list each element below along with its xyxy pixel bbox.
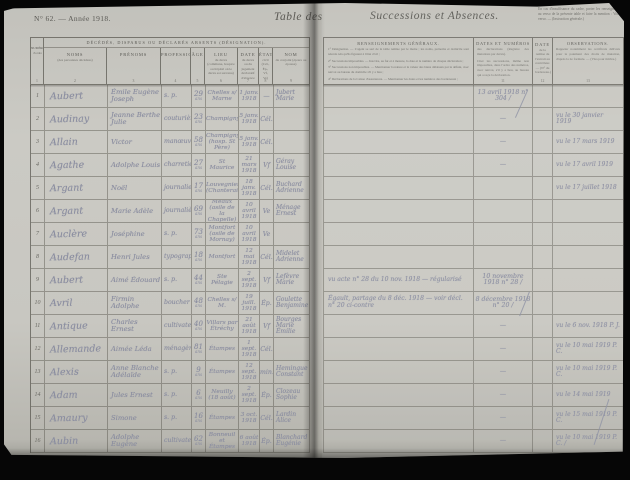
cell-etat: Ép.: [260, 292, 274, 315]
cell-date: 19 juill. 1918: [239, 292, 260, 315]
cell-obs: vu le 17 avril 1919: [553, 154, 624, 177]
cell-decl: [474, 223, 533, 246]
column-index: 12: [533, 79, 552, 83]
handwritten-nom: Argant: [45, 205, 83, 217]
handwritten-profession: ménagère: [162, 346, 192, 352]
handwritten-date: 18 janv. 1918: [239, 179, 259, 198]
cell-etat: —: [260, 85, 274, 108]
row-number: 12: [31, 346, 44, 352]
handwritten-lieu: Meaux (asile de la Chapelle): [206, 200, 238, 223]
handwritten-conjoint: Géray Louise: [274, 159, 309, 172]
left-table: NUMÉRO d'ordre 1 DÉCÉDÉS, DISPARUS OU DÉ…: [30, 37, 310, 453]
cell-prenoms: Charles Ernest: [108, 315, 162, 338]
cell-obs: vu le 10 mai 1919 P. C.: [553, 361, 624, 384]
cell-num: 15: [31, 407, 45, 430]
cell-num: 5: [31, 177, 45, 200]
cell-decl: —: [474, 338, 533, 361]
cell-date2: [533, 269, 553, 292]
handwritten-date: 3 oct. 1918: [239, 412, 259, 424]
cell-profession: typographe: [162, 246, 192, 269]
cell-etat: Ve: [260, 200, 274, 223]
cell-date: 1 janv. 1918: [239, 85, 260, 108]
column-index: 7: [238, 79, 258, 83]
cell-profession: charretier: [162, 154, 192, 177]
column-note: civil (Cél., Ép., Vf, Ve): [259, 57, 272, 81]
group-header-wrap: DÉCÉDÉS, DISPARUS OU DÉCLARÉS ABSENTS (D…: [44, 38, 310, 85]
cell-decl: —: [474, 315, 533, 338]
row-number: 14: [31, 392, 44, 398]
cell-rens: [324, 407, 474, 430]
cell-nom: Antique: [45, 315, 108, 338]
cell-date: 1 sept. 1918: [239, 338, 260, 361]
handwritten-decl: —: [474, 323, 532, 330]
handwritten-date: 6 août 1918: [239, 435, 259, 447]
cell-conjoint: [274, 338, 310, 361]
right-table: RENSEIGNEMENTS GÉNÉRAUX. 1° Désignation.…: [323, 37, 624, 453]
handwritten-conjoint: Jubert Marie: [274, 90, 309, 103]
cell-nom: Alexis: [45, 361, 108, 384]
age-unit: ans: [195, 373, 202, 377]
cell-profession: s. p.: [162, 361, 192, 384]
cell-lieu: Chelles s/ M.: [206, 292, 239, 315]
cell-rens: Égault, partage du 8 déc. 1918 — voir dé…: [324, 292, 474, 315]
column-header-renseignements: RENSEIGNEMENTS GÉNÉRAUX. 1° Désignation.…: [324, 38, 474, 85]
handwritten-nom: Allain: [45, 136, 78, 148]
handwritten-lieu: Étampes: [206, 415, 238, 421]
column-note: des déclarations (Registre des mutations…: [474, 46, 532, 58]
cell-profession: manœuvre: [162, 131, 192, 154]
cell-prenoms: Adolphe Eugène: [108, 430, 162, 453]
cell-date: 12 mai 1918: [239, 246, 260, 269]
cell-num: 10: [31, 292, 45, 315]
row-number: 15: [31, 415, 44, 421]
cell-etat: Ép.: [260, 430, 274, 453]
cell-rens: [324, 223, 474, 246]
cell-decl: —: [474, 361, 533, 384]
cell-conjoint: Clozeau Sophie: [274, 384, 310, 407]
handwritten-nom: Audefan: [45, 251, 90, 263]
handwritten-decl: —: [474, 392, 532, 399]
cell-nom: Audinay: [45, 108, 108, 131]
cell-rens: [324, 384, 474, 407]
cell-conjoint: Goulette Benjamine: [274, 292, 310, 315]
age-unit: ans: [195, 281, 202, 285]
handwritten-date: 1 sept. 1918: [239, 340, 259, 359]
cell-age: 73ans: [192, 223, 206, 246]
cell-age: 18ans: [192, 246, 206, 269]
cell-prenoms: Henri Jules: [108, 246, 162, 269]
handwritten-rens: Égault, partage du 8 déc. 1918 — voir dé…: [324, 296, 473, 309]
handwritten-etat: Ve: [260, 208, 273, 215]
handwritten-nom: Argant: [45, 182, 83, 194]
row-number: 6: [31, 208, 44, 214]
column-label: ÂGE: [191, 52, 204, 57]
cell-num: 13: [31, 361, 45, 384]
column-header-date-remise: DATE de la remise de l'extrait au contrô…: [533, 38, 553, 85]
handwritten-rens: vu acte n° 28 du 10 nov. 1918 — régulari…: [324, 277, 466, 284]
handwritten-etat: Ép.: [260, 300, 273, 307]
handwritten-profession: s. p.: [162, 231, 177, 237]
cell-lieu: Étampes: [206, 338, 239, 361]
column-header-observations: OBSERVATIONS. Rappeler notamment les cer…: [553, 38, 624, 85]
handwritten-conjoint: Buchard Adrienne: [274, 182, 309, 195]
cell-age: 48ans: [192, 292, 206, 315]
age-unit: ans: [195, 120, 202, 124]
handwritten-nom: Aubin: [45, 435, 78, 447]
age-unit: ans: [195, 143, 202, 147]
age-unit: ans: [195, 97, 202, 101]
cell-date: 18 janv. 1918: [239, 177, 260, 200]
age-unit: ans: [195, 304, 202, 308]
cell-obs: [553, 269, 624, 292]
column-index: 2: [44, 79, 106, 83]
cell-decl: —: [474, 108, 533, 131]
handwritten-etat: Cél.: [260, 139, 273, 146]
handwritten-profession: journalier: [162, 185, 192, 191]
handwritten-date: 21 mars 1918: [239, 156, 259, 175]
scanned-register-photo: { "colors":{"paper":"#c9c8c2","printed_i…: [0, 0, 630, 480]
cell-nom: Argant: [45, 177, 108, 200]
page-title-right: Successions et Absences.: [370, 10, 499, 22]
cell-nom: Allemande: [45, 338, 108, 361]
cell-profession: s. p.: [162, 407, 192, 430]
cell-age: 9ans: [192, 361, 206, 384]
cell-prenoms: Victor: [108, 131, 162, 154]
cell-num: 8: [31, 246, 45, 269]
cell-date2: [533, 108, 553, 131]
handwritten-lieu: Champigny: [206, 116, 238, 122]
handwritten-etat: Cél.: [260, 254, 273, 261]
column-index: 5: [191, 79, 204, 83]
handwritten-date: 10 avril 1918: [239, 202, 259, 221]
cell-num: 12: [31, 338, 45, 361]
row-number: 7: [31, 231, 44, 237]
handwritten-etat: Ép.: [260, 392, 273, 399]
handwritten-lieu: Chelles s/ Marne: [206, 90, 238, 102]
handwritten-conjoint: Blanchard Eugénie: [274, 435, 309, 448]
cell-conjoint: Jubert Marie: [274, 85, 310, 108]
cell-lieu: Bonneuil et Étampes: [206, 430, 239, 453]
cell-decl: —: [474, 430, 533, 453]
handwritten-date: 21 août 1918: [239, 317, 259, 336]
cell-obs: vu le 15 mai 1919 P. C.: [553, 407, 624, 430]
left-table-header: NUMÉRO d'ordre 1 DÉCÉDÉS, DISPARUS OU DÉ…: [30, 37, 310, 85]
cell-date2: [533, 85, 553, 108]
handwritten-decl: —: [474, 369, 532, 376]
column-index: 3: [107, 79, 160, 83]
cell-prenoms: Simone: [108, 407, 162, 430]
cell-date2: [533, 223, 553, 246]
age-unit: ans: [195, 166, 202, 170]
row-number: 5: [31, 185, 44, 191]
column-note: du conjoint (époux ou épouse): [273, 57, 309, 68]
cell-etat: Cél.: [260, 338, 274, 361]
cell-conjoint: [274, 223, 310, 246]
column-label: PRÉNOMS: [107, 52, 160, 57]
cell-date2: [533, 315, 553, 338]
column-note: d'ordre: [31, 50, 43, 56]
cell-prenoms: Aimé Édouard: [108, 269, 162, 292]
cell-obs: vu le 17 juillet 1918: [553, 177, 624, 200]
handwritten-prenoms: Firmin Adolphe: [108, 296, 161, 310]
row-number: 8: [31, 254, 44, 260]
handwritten-lieu: St Maurice: [206, 159, 238, 171]
cell-nom: Adam: [45, 384, 108, 407]
handwritten-obs: vu le 14 mai 1919: [553, 392, 613, 398]
cell-lieu: Montfort: [206, 246, 239, 269]
handwritten-lieu: Villars par Étréchy: [206, 320, 238, 332]
cell-prenoms: Noël: [108, 177, 162, 200]
handwritten-decl: —: [474, 346, 532, 353]
column-note: (des personnes décédées): [44, 57, 106, 63]
cell-rens: [324, 131, 474, 154]
cell-age: 62ans: [192, 430, 206, 453]
cell-lieu: Villars par Étréchy: [206, 315, 239, 338]
handwritten-lieu: Louvegnies (Chanteraine): [206, 182, 238, 194]
column-header-declarations: DATES ET NUMÉROS des déclarations (Regis…: [474, 38, 533, 85]
cell-rens: [324, 200, 474, 223]
age-unit: ans: [195, 419, 202, 423]
handwritten-etat: Ép.: [260, 438, 273, 445]
handwritten-conjoint: Ménage Ernest: [274, 205, 309, 218]
cell-lieu: Champigny (hosp. St Père): [206, 131, 239, 154]
handwritten-obs: vu le 10 mai 1919 P. C. /: [553, 435, 623, 448]
handwritten-lieu: Ste Pélagie: [206, 274, 238, 286]
handwritten-profession: boucher: [162, 300, 190, 306]
cell-lieu: Louvegnies (Chanteraine): [206, 177, 239, 200]
cell-prenoms: Jeanne Berthe Julie: [108, 108, 162, 131]
handwritten-lieu: Neuilly (18 août): [206, 389, 238, 401]
cell-profession: s. p.: [162, 269, 192, 292]
cell-nom: Agathe: [45, 154, 108, 177]
cell-prenoms: Aimée Léda: [108, 338, 162, 361]
handwritten-decl: —: [474, 162, 532, 169]
cell-age: 40ans: [192, 315, 206, 338]
cell-age: 23ans: [192, 108, 206, 131]
cell-profession: ménagère: [162, 338, 192, 361]
cell-profession: s. p.: [162, 223, 192, 246]
column-header-numero: NUMÉRO d'ordre 1: [31, 38, 44, 85]
column-index: 4: [161, 79, 190, 83]
handwritten-prenoms: Henri Jules: [108, 254, 150, 261]
handwritten-conjoint: Midelet Adrienne: [274, 251, 309, 264]
cell-date: 3 oct. 1918: [239, 407, 260, 430]
handwritten-etat: Vf: [260, 323, 273, 330]
column-paragraph: Rappeler notamment les certificats déliv…: [553, 46, 623, 62]
column-index: 8: [259, 79, 272, 83]
handwritten-profession: s. p.: [162, 277, 177, 283]
cell-etat: Cél.: [260, 407, 274, 430]
handwritten-date: 10 avril 1918: [239, 225, 259, 244]
cell-etat: Vf: [260, 269, 274, 292]
handwritten-prenoms: Marie Adèle: [108, 208, 153, 215]
handwritten-decl: 10 novembre 1918 n° 28 /: [474, 274, 532, 287]
cell-decl: 13 avril 1918 n° 304 /: [474, 85, 533, 108]
handwritten-nom: Audinay: [45, 113, 89, 125]
handwritten-nom: Aubert: [45, 90, 83, 102]
cell-nom: Allain: [45, 131, 108, 154]
handwritten-conjoint: Hemingue Constant: [274, 366, 309, 379]
age-unit: ans: [195, 235, 202, 239]
handwritten-nom: Alexis: [45, 366, 79, 378]
handwritten-obs: vu le 17 avril 1919: [553, 162, 616, 168]
corner-instruction-note: En cas d'insuffisance du cadre, porter l…: [538, 7, 624, 22]
group-columns: NOMS (des personnes décédées) 2 PRÉNOMS …: [44, 48, 309, 84]
cell-rens: [324, 85, 474, 108]
handwritten-prenoms: Aimé Édouard: [108, 277, 160, 284]
handwritten-etat: —: [260, 93, 273, 100]
cell-rens: [324, 177, 474, 200]
column-index: 6: [205, 79, 237, 83]
handwritten-conjoint: Goulette Benjamine: [274, 297, 309, 310]
cell-rens: [324, 108, 474, 131]
cell-obs: [553, 200, 624, 223]
handwritten-nom: Auclère: [45, 228, 87, 240]
handwritten-date: 5 janv. 1918: [239, 136, 259, 148]
cell-conjoint: [274, 108, 310, 131]
document-number: N° 62. — Année 1918.: [34, 14, 111, 23]
handwritten-profession: cultivateur: [162, 323, 192, 329]
cell-date2: [533, 246, 553, 269]
cell-decl: —: [474, 131, 533, 154]
cell-obs: vu le 30 janvier 1919: [553, 108, 624, 131]
handwritten-profession: s. p.: [162, 392, 177, 398]
column-header-noms: NOMS (des personnes décédées) 2: [44, 48, 107, 84]
cell-lieu: Montfort (asile de Mornay): [206, 223, 239, 246]
cell-decl: —: [474, 154, 533, 177]
column-index: 9: [273, 79, 309, 83]
row-number: 13: [31, 369, 44, 375]
handwritten-conjoint: Bourges Marie Émilie: [274, 317, 309, 336]
cell-date2: [533, 154, 553, 177]
handwritten-obs: vu le 6 nov. 1918 P. J.: [553, 323, 623, 329]
cell-conjoint: Lardin Alice: [274, 407, 310, 430]
cell-etat: Vf: [260, 154, 274, 177]
instruction-line: 3° Successions non imposables. — Mention…: [324, 64, 473, 76]
cell-nom: Amaury: [45, 407, 108, 430]
cell-profession: couturière: [162, 108, 192, 131]
row-number: 16: [31, 438, 44, 444]
cell-obs: vu le 10 mai 1919 P. C.: [553, 338, 624, 361]
handwritten-date: 2 sept. 1918: [239, 386, 259, 405]
cell-age: 58ans: [192, 131, 206, 154]
cell-date: 2 sept. 1918: [239, 269, 260, 292]
handwritten-nom: Amaury: [45, 412, 88, 424]
cell-decl: 10 novembre 1918 n° 28 /: [474, 269, 533, 292]
cell-etat: Cél.: [260, 177, 274, 200]
age-unit: ans: [195, 396, 202, 400]
handwritten-decl: —: [474, 438, 532, 445]
cell-obs: [553, 292, 624, 315]
handwritten-lieu: Chelles s/ M.: [206, 297, 238, 309]
handwritten-date: 19 juill. 1918: [239, 294, 259, 313]
cell-date: 21 mars 1918: [239, 154, 260, 177]
handwritten-nom: Aubert: [45, 274, 83, 286]
handwritten-obs: vu le 17 mars 1919: [553, 139, 617, 145]
handwritten-date: 12 sept. 1918: [239, 363, 259, 382]
cell-prenoms: Marie Adèle: [108, 200, 162, 223]
cell-decl: 8 décembre 1918 n° 20 /: [474, 292, 533, 315]
cell-conjoint: Ménage Ernest: [274, 200, 310, 223]
cell-age: 29ans: [192, 85, 206, 108]
row-number: 9: [31, 277, 44, 283]
cell-conjoint: Blanchard Eugénie: [274, 430, 310, 453]
handwritten-lieu: Bonneuil et Étampes: [206, 432, 238, 451]
cell-decl: [474, 200, 533, 223]
column-note: de la remise de l'extrait au contrôleur.…: [533, 47, 552, 75]
handwritten-lieu: Étampes: [206, 346, 238, 352]
cell-nom: Aubert: [45, 269, 108, 292]
handwritten-date: 2 sept. 1918: [239, 271, 259, 290]
cell-age: 17ans: [192, 177, 206, 200]
column-header-date-deces: DATE du décès ou du jugement déclaratif …: [238, 48, 259, 84]
column-header-etat: ÉTAT civil (Cél., Ép., Vf, Ve) 8: [259, 48, 273, 84]
cell-lieu: Ste Pélagie: [206, 269, 239, 292]
cell-rens: [324, 430, 474, 453]
handwritten-etat: Vf: [260, 162, 273, 169]
cell-num: 9: [31, 269, 45, 292]
cell-nom: Audefan: [45, 246, 108, 269]
handwritten-lieu: Montfort: [206, 254, 238, 260]
cell-profession: cultivateur: [162, 315, 192, 338]
handwritten-etat: Ve: [260, 231, 273, 238]
cell-lieu: Chelles s/ Marne: [206, 85, 239, 108]
handwritten-prenoms: Noël: [108, 185, 127, 192]
handwritten-decl: —: [474, 139, 532, 146]
handwritten-date: 12 mai 1918: [239, 248, 259, 267]
handwritten-decl: —: [474, 415, 532, 422]
cell-prenoms: Joséphine: [108, 223, 162, 246]
handwritten-lieu: Champigny (hosp. St Père): [206, 133, 238, 152]
cell-rens: [324, 154, 474, 177]
column-label: PROFESSIONS: [161, 52, 190, 57]
cell-prenoms: Anne Blanche Adélaïde: [108, 361, 162, 384]
cell-conjoint: Lefèvre Marie: [274, 269, 310, 292]
handwritten-prenoms: Anne Blanche Adélaïde: [108, 365, 161, 379]
handwritten-date: 5 janv. 1918: [239, 113, 259, 125]
cell-etat: Cél.: [260, 108, 274, 131]
handwritten-profession: cultivateur: [162, 438, 192, 444]
instruction-line: 1° Désignation. — L'agent se sert de la …: [324, 46, 473, 58]
cell-date2: [533, 131, 553, 154]
cell-lieu: Champigny: [206, 108, 239, 131]
handwritten-lieu: Étampes: [206, 369, 238, 375]
cell-date2: [533, 200, 553, 223]
cell-etat: min.: [260, 361, 274, 384]
cell-obs: vu le 14 mai 1919: [553, 384, 624, 407]
cell-nom: Argant: [45, 200, 108, 223]
handwritten-nom: Adam: [45, 389, 78, 401]
cell-date2: [533, 177, 553, 200]
cell-date: 10 avril 1918: [239, 200, 260, 223]
age-unit: ans: [195, 350, 202, 354]
right-table-header: RENSEIGNEMENTS GÉNÉRAUX. 1° Désignation.…: [323, 37, 624, 85]
column-paragraph: Citer les successions, même non imposabl…: [474, 58, 532, 79]
column-note: du décès ou du jugement déclaratif d'abs…: [238, 57, 258, 81]
row-number: 11: [31, 323, 44, 329]
column-header-age: ÂGE 5: [191, 48, 205, 84]
handwritten-profession: journalière: [162, 208, 192, 214]
handwritten-obs: vu le 30 janvier 1919: [553, 113, 623, 126]
age-unit: ans: [195, 212, 202, 216]
handwritten-nom: Allemande: [45, 343, 101, 355]
cell-lieu: Neuilly (18 août): [206, 384, 239, 407]
handwritten-prenoms: Émile Eugène Joseph: [108, 89, 161, 103]
group-header-title: DÉCÉDÉS, DISPARUS OU DÉCLARÉS ABSENTS (D…: [44, 38, 309, 48]
handwritten-etat: Cél.: [260, 185, 273, 192]
cell-date: 2 sept. 1918: [239, 384, 260, 407]
cell-age: 81ans: [192, 338, 206, 361]
